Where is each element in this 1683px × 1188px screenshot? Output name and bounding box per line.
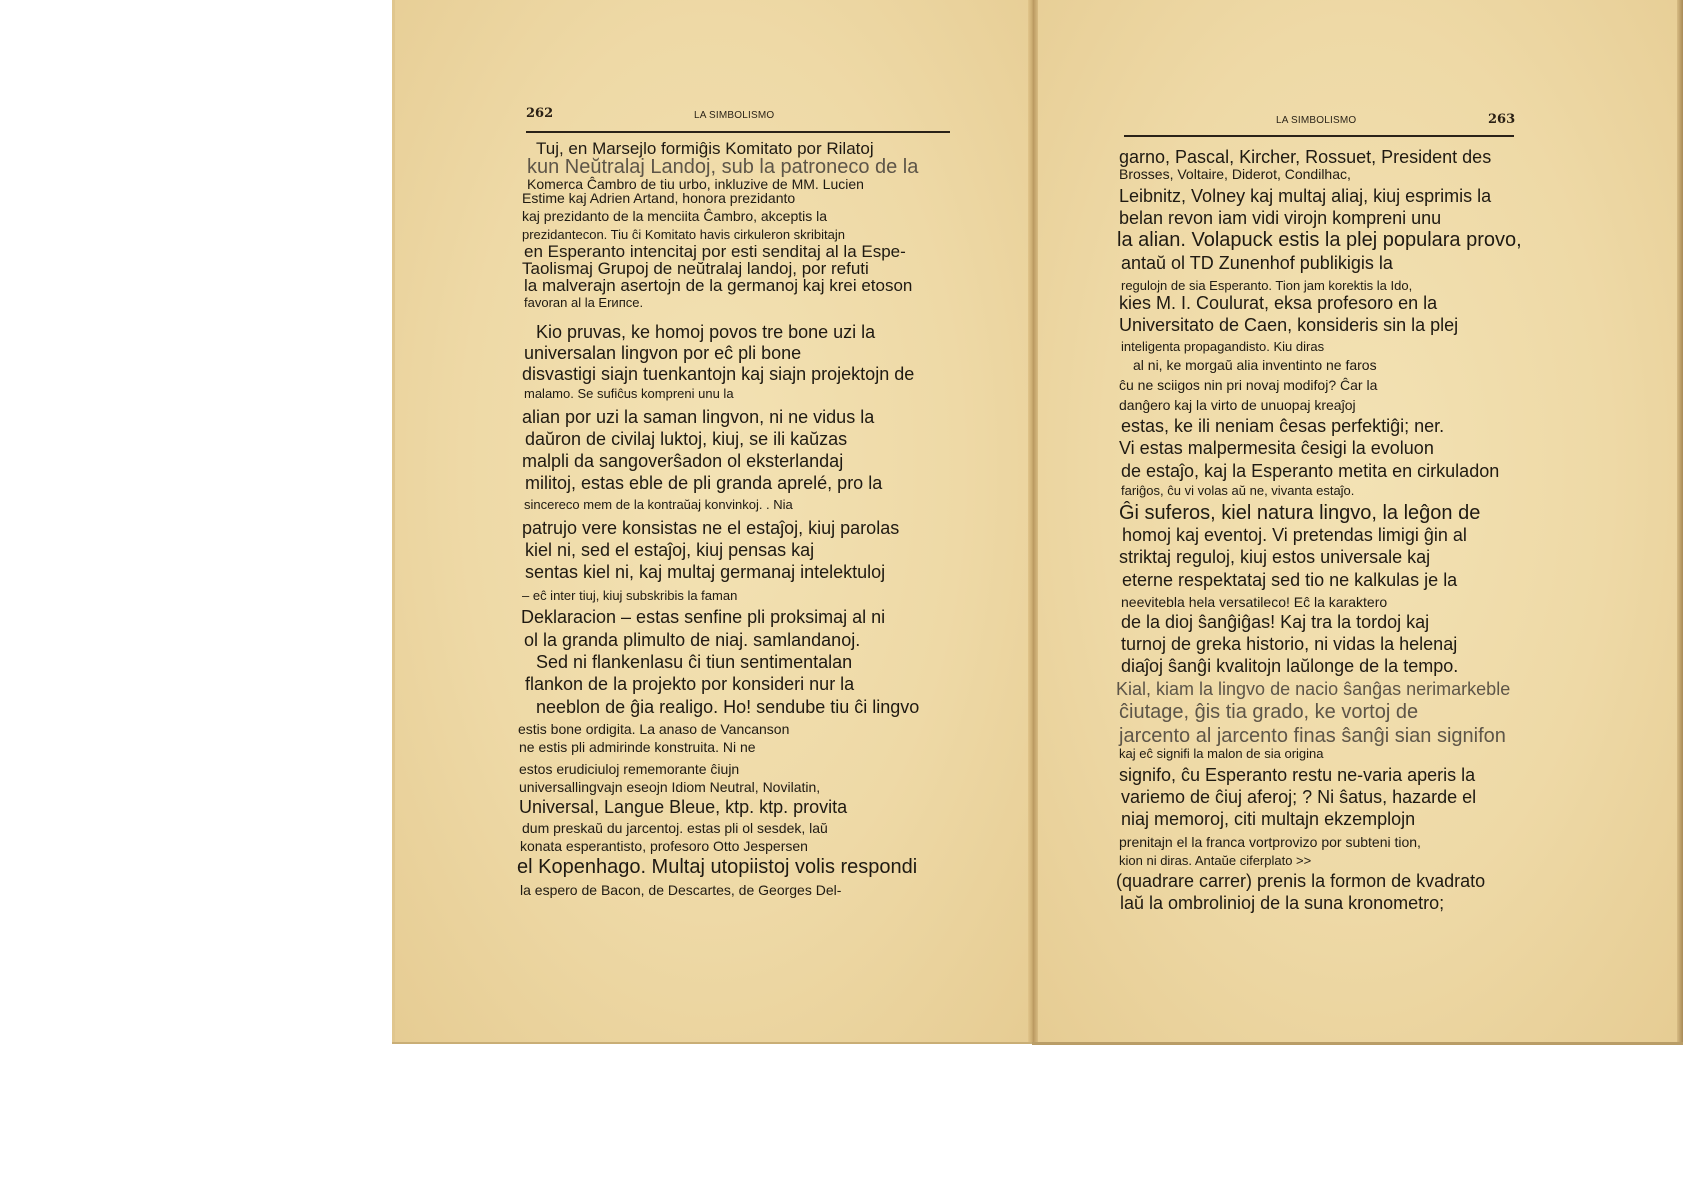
- text-line: Kial, kiam la lingvo de nacio ŝanĝas ner…: [1116, 680, 1522, 698]
- text-line: diaĵoj ŝanĝi kvalitojn laŭlonge de la te…: [1121, 657, 1522, 675]
- text-line: Deklaracion – estas senfine pli proksima…: [521, 608, 919, 626]
- text-line: antaŭ ol TD Zunenhof publikigis la: [1121, 254, 1522, 272]
- text-line: Tuj, en Marsejlo formiĝis Komitato por R…: [536, 140, 919, 157]
- text-line: sentas kiel ni, kaj multaj germanaj inte…: [525, 563, 919, 581]
- text-line: garno, Pascal, Kircher, Rossuet, Preside…: [1119, 148, 1522, 166]
- header-rule-left: [526, 131, 950, 133]
- text-line: kies M. I. Coulurat, eksa profesoro en l…: [1119, 294, 1522, 312]
- text-line: Ĝi suferos, kiel natura lingvo, la leĝon…: [1119, 503, 1522, 523]
- page-number-left: 262: [526, 106, 553, 121]
- text-line: neevitebla hela versatileco! Eĉ la karak…: [1121, 595, 1522, 609]
- text-line: Brosses, Voltaire, Diderot, Condilhac,: [1119, 167, 1522, 181]
- text-line: en Esperanto intencitaj por esti sendita…: [524, 243, 919, 260]
- text-line: el Kopenhago. Multaj utopiistoj volis re…: [517, 857, 919, 877]
- text-line: universalan lingvon por eĉ pli bone: [524, 344, 919, 362]
- text-line: favoran al la Erипce.: [524, 296, 919, 309]
- text-line: Komerca Ĉambro de tiu urbo, inkluzive de…: [527, 177, 919, 191]
- text-line: malpli da sangoverŝadon ol eksterlandaj: [522, 452, 919, 470]
- text-line: dum preskaŭ du jarcentoj. estas pli ol s…: [522, 821, 919, 835]
- page-edge-right: [1677, 0, 1683, 1042]
- text-line: de estaĵo, kaj la Esperanto metita en ci…: [1121, 462, 1522, 480]
- text-line: fariĝos, ĉu vi volas aŭ ne, vivanta esta…: [1121, 484, 1522, 497]
- text-line: Kio pruvas, ke homoj povos tre bone uzi …: [536, 323, 919, 341]
- header-rule-right: [1124, 135, 1514, 137]
- text-line: inteligenta propagandisto. Kiu diras: [1121, 340, 1522, 353]
- text-line: Universal, Langue Bleue, ktp. ktp. provi…: [519, 798, 919, 816]
- text-line: la malverajn asertojn de la germanoj kaj…: [524, 277, 919, 294]
- text-line: jarcento al jarcento finas ŝanĝi sian si…: [1119, 726, 1522, 746]
- text-line: sincereco mem de la kontraŭaj konvinkoj.…: [524, 498, 919, 511]
- text-line: neeblon de ĝia realigo. Ho! sendube tiu …: [536, 698, 919, 716]
- text-line: signifo, ĉu Esperanto restu ne-varia ape…: [1119, 766, 1522, 784]
- left-page-text: Tuj, en Marsejlo formiĝis Komitato por R…: [522, 140, 919, 897]
- text-line: Leibnitz, Volney kaj multaj aliaj, kiuj …: [1119, 187, 1522, 205]
- page-edge-left: [392, 0, 395, 1042]
- text-line: la alian. Volapuck estis la plej popular…: [1117, 230, 1522, 250]
- text-line: Sed ni flankenlasu ĉi tiun sentimentalan: [536, 653, 919, 671]
- text-line: kun Neŭtralaj Landoj, sub la patroneco d…: [527, 157, 919, 177]
- text-line: homoj kaj eventoj. Vi pretendas limigi ĝ…: [1122, 526, 1522, 544]
- text-line: la espero de Bacon, de Descartes, de Geo…: [520, 883, 919, 897]
- text-line: belan revon iam vidi virojn kompreni unu: [1119, 209, 1522, 227]
- text-line: danĝero kaj la virto de unuopaj kreaĵoj: [1119, 398, 1522, 412]
- text-line: ne estis pli admirinde konstruita. Ni ne: [519, 740, 919, 754]
- right-page: LA SIMBOLISMO 263 garno, Pascal, Kircher…: [1032, 0, 1683, 1045]
- text-line: laŭ la ombrolinioj de la suna kronometro…: [1120, 894, 1522, 912]
- text-line: striktaj reguloj, kiuj estos universale …: [1119, 548, 1522, 566]
- text-line: regulojn de sia Esperanto. Tion jam kore…: [1121, 279, 1522, 292]
- text-line: niaj memoroj, citi multajn ekzemplojn: [1121, 810, 1522, 828]
- text-line: disvastigi siajn tuenkantojn kaj siajn p…: [522, 365, 919, 383]
- text-line: konata esperantisto, profesoro Otto Jesp…: [520, 839, 919, 853]
- text-line: kaj eĉ signifi la malon de sia origina: [1119, 747, 1522, 760]
- open-book: 262 LA SIMBOLISMO Tuj, en Marsejlo formi…: [392, 0, 1683, 1042]
- left-page: 262 LA SIMBOLISMO Tuj, en Marsejlo formi…: [392, 0, 1032, 1044]
- text-line: prezidantecon. Tiu ĉi Komitato havis cir…: [522, 228, 919, 241]
- right-page-text: garno, Pascal, Kircher, Rossuet, Preside…: [1119, 148, 1522, 912]
- text-line: Vi estas malpermesita ĉesigi la evoluon: [1119, 439, 1522, 457]
- text-line: daŭron de civilaj luktoj, kiuj, se ili k…: [525, 430, 919, 448]
- book-spine: [1028, 0, 1038, 1042]
- text-line: variemo de ĉiuj aferoj; ? Ni ŝatus, haza…: [1121, 788, 1522, 806]
- text-line: ol la granda plimulto de niaj. samlandan…: [524, 631, 919, 649]
- text-line: al ni, ke morgaŭ alia inventinto ne faro…: [1133, 358, 1522, 372]
- page-number-right: 263: [1488, 112, 1515, 127]
- text-line: universallingvajn eseojn Idiom Neutral, …: [519, 780, 919, 794]
- text-line: kiel ni, sed el estaĵoj, kiuj pensas kaj: [525, 541, 919, 559]
- text-line: kion ni diras. Antaŭe ciferplato >>: [1119, 854, 1522, 867]
- text-line: militoj, estas eble de pli granda aprelé…: [525, 474, 919, 492]
- text-line: alian por uzi la saman lingvon, ni ne vi…: [522, 408, 919, 426]
- text-line: – eĉ inter tiuj, kiuj subskribis la fama…: [522, 589, 919, 602]
- text-line: flankon de la projekto por konsideri nur…: [525, 675, 919, 693]
- text-line: ĉu ne sciigos nin pri novaj modifoj? Ĉar…: [1119, 378, 1522, 392]
- text-line: ĉiutage, ĝis tia grado, ke vortoj de: [1119, 702, 1522, 722]
- running-head-right: LA SIMBOLISMO: [1276, 115, 1356, 126]
- text-line: turnoj de greka historio, ni vidas la he…: [1121, 635, 1522, 653]
- text-line: Estime kaj Adrien Artand, honora prezida…: [522, 191, 919, 205]
- text-line: patrujo vere konsistas ne el estaĵoj, ki…: [522, 519, 919, 537]
- text-line: estos erudiciuloj rememorante ĉiujn: [519, 762, 919, 776]
- text-line: kaj prezidanto de la menciita Ĉambro, ak…: [522, 209, 919, 223]
- text-line: malamo. Se sufiĉus kompreni unu la: [524, 387, 919, 400]
- text-line: prenitajn el la franca vortprovizo por s…: [1119, 835, 1522, 849]
- text-line: de la dioj ŝanĝiĝas! Kaj tra la tordoj k…: [1121, 613, 1522, 631]
- text-line: Taolismaj Grupoj de neŭtralaj landoj, po…: [522, 260, 919, 277]
- text-line: estis bone ordigita. La anaso de Vancans…: [518, 722, 919, 736]
- text-line: Universitato de Caen, konsideris sin la …: [1119, 316, 1522, 334]
- text-line: (quadrare carrer) prenis la formon de kv…: [1116, 872, 1522, 890]
- text-line: estas, ke ili neniam ĉesas perfektiĝi; n…: [1121, 417, 1522, 435]
- text-line: eterne respektataj sed tio ne kalkulas j…: [1122, 571, 1522, 589]
- running-head-left: LA SIMBOLISMO: [694, 110, 774, 121]
